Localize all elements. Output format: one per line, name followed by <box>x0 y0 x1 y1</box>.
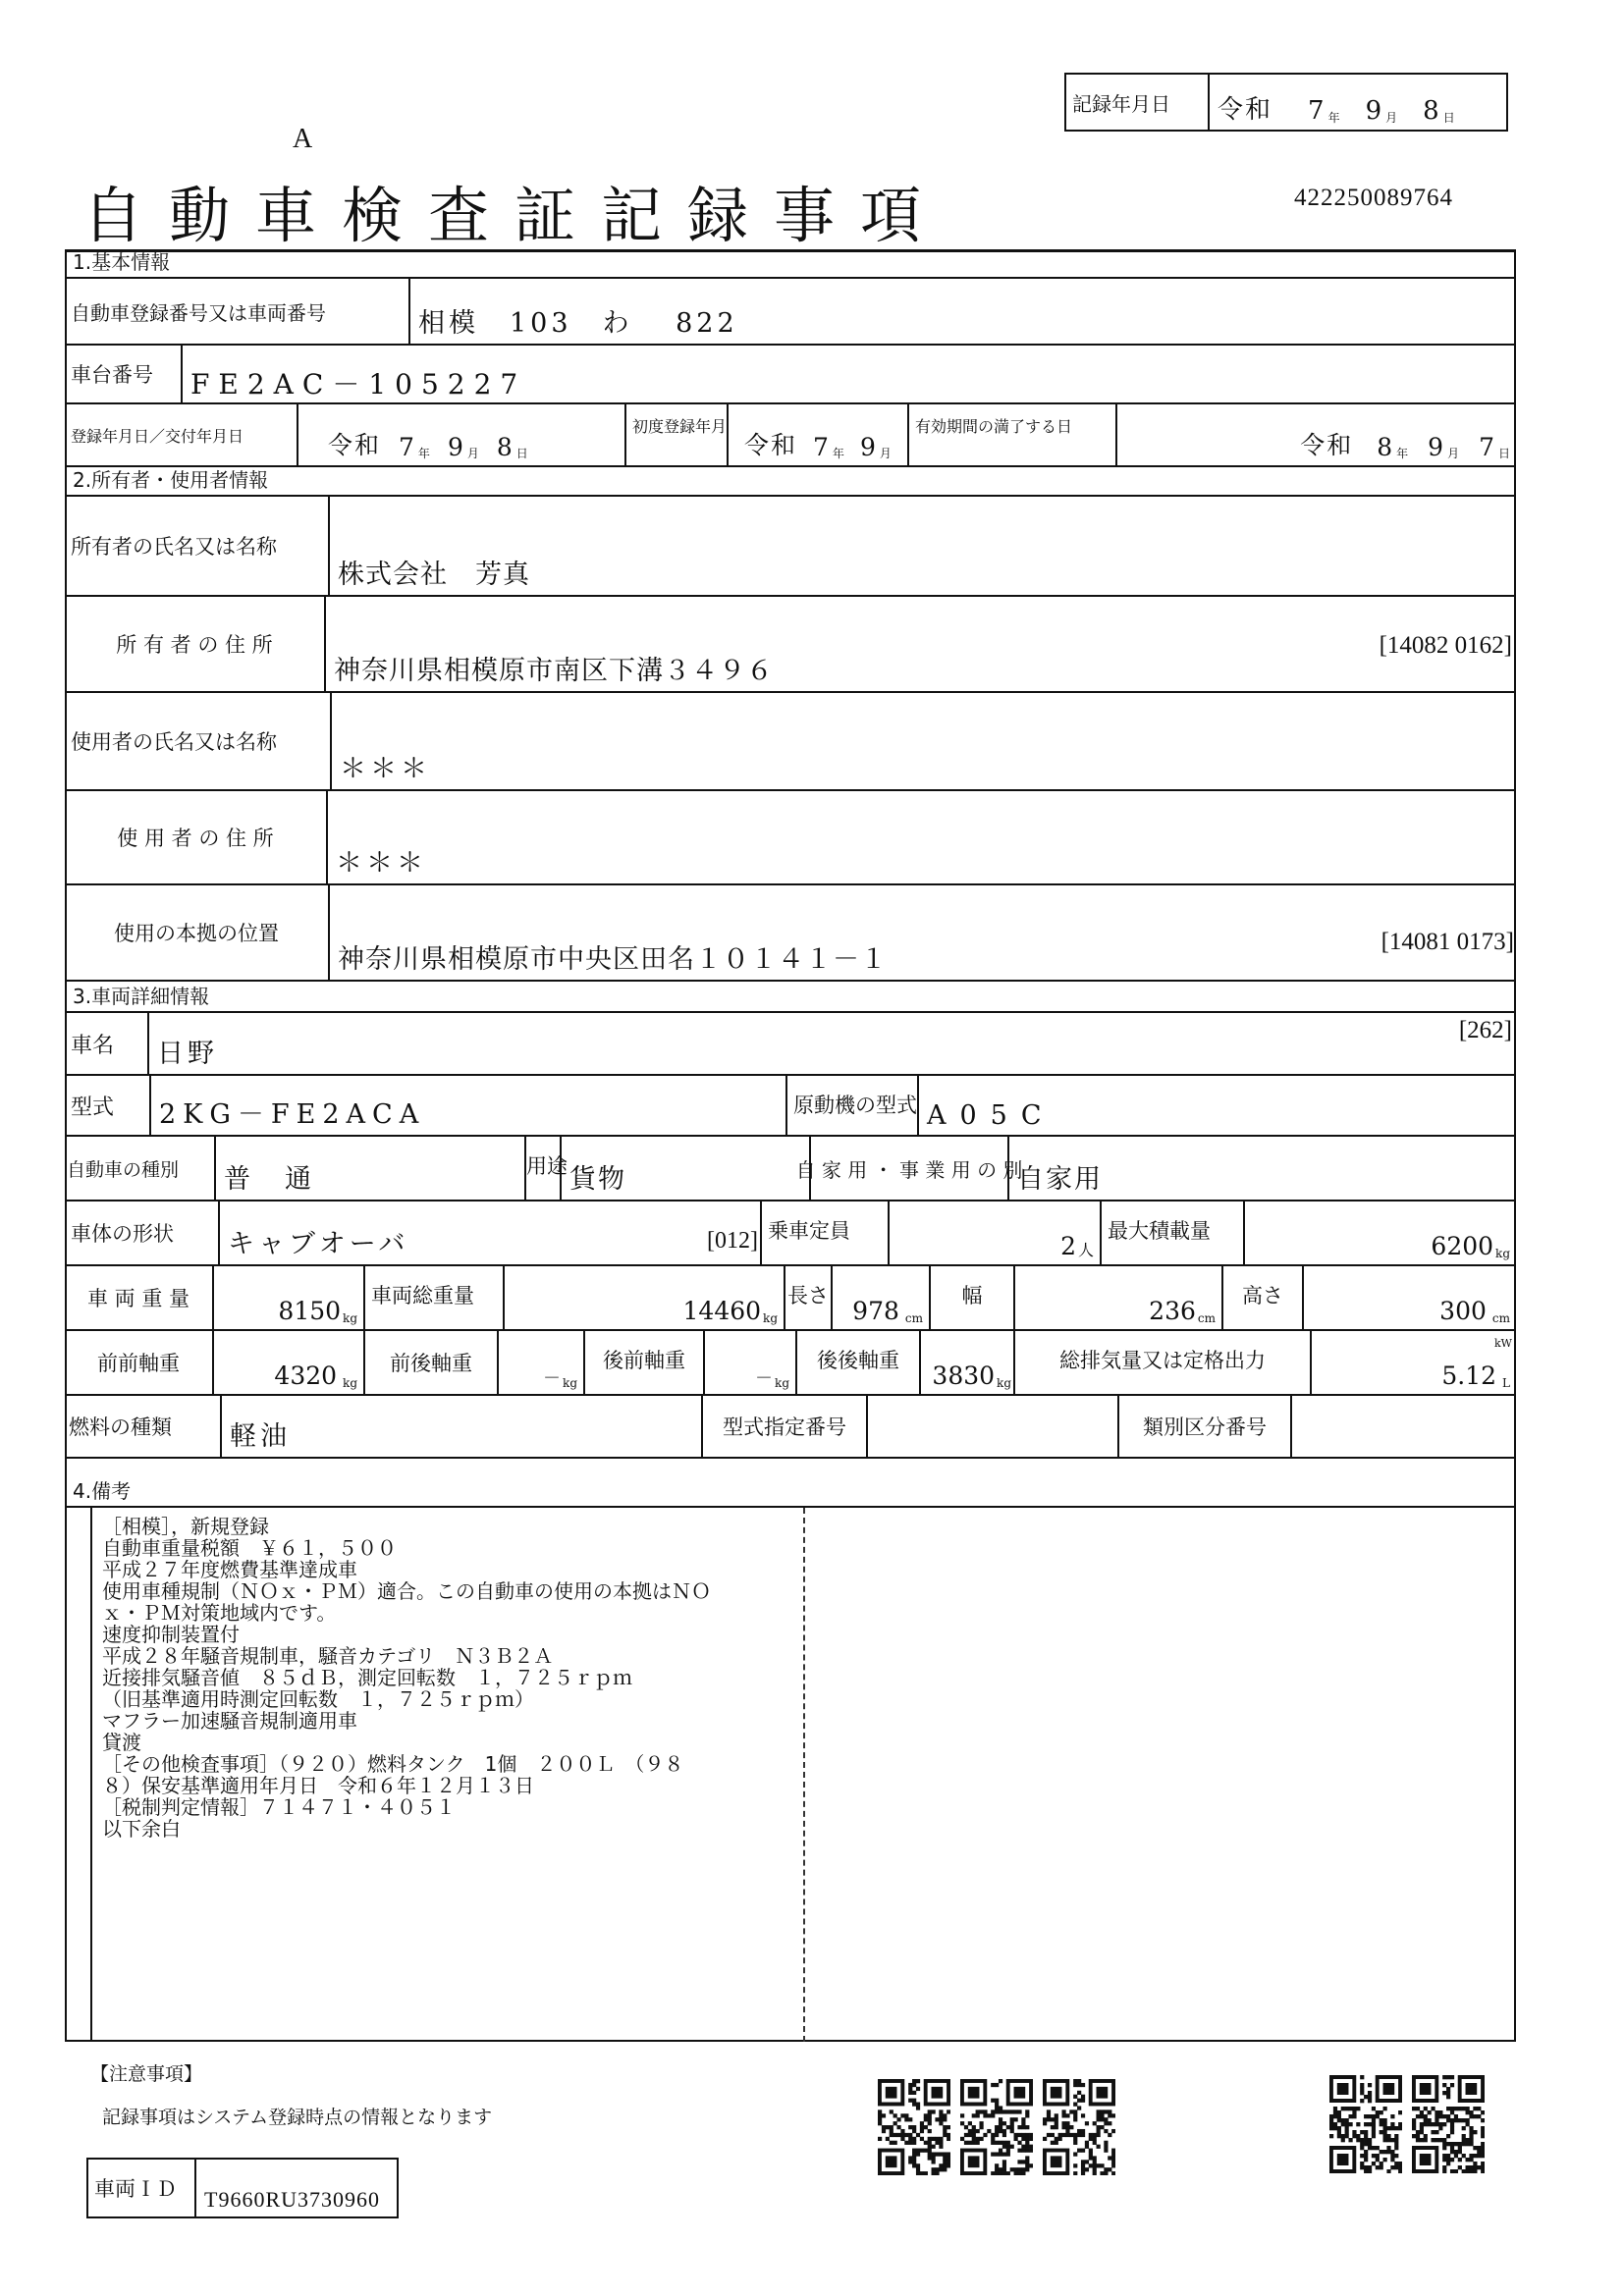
qr-code-3-icon <box>1043 2079 1115 2175</box>
remarks-line: ［その他検査事項］（９２０）燃料タンク 1個 ２００Ｌ （９８ <box>102 1753 793 1775</box>
user-address-value: ＊＊＊ <box>328 791 1516 883</box>
owner-address-row: 所 有 者 の 住 所 神奈川県相模原市南区下溝３４９６ [14082 0162… <box>65 597 1516 693</box>
first-registration-label: 初度登録年月 <box>626 404 729 465</box>
engine-model-label: 原動機の型式 <box>787 1076 919 1135</box>
remarks-line: 使用車種規制（ＮＯｘ・ＰＭ）適合。この自動車の使用の本拠はＮＯ <box>102 1580 793 1602</box>
remarks-line: 以下余白 <box>102 1818 793 1840</box>
capacity-value: 2人 <box>890 1201 1102 1264</box>
owner-name-row: 所有者の氏名又は名称 株式会社 芳真 <box>65 497 1516 597</box>
rear-rear-axle-value: 3830kg <box>921 1331 1015 1394</box>
displacement-label: 総排気量又は定格出力 <box>1015 1331 1312 1394</box>
remarks-line: 平成２７年度燃費基準達成車 <box>102 1559 793 1580</box>
axle-row: 前前軸重 4320kg 前後軸重 －kg 後前軸重 －kg 後後軸重 3830k… <box>65 1331 1516 1396</box>
registration-number-label: 自動車登録番号又は車両番号 <box>65 279 410 344</box>
make-value: 日野 <box>149 1013 1516 1074</box>
max-load-label: 最大積載量 <box>1102 1201 1245 1264</box>
qr-code-4-icon <box>1329 2075 1402 2173</box>
base-location-value: 神奈川県相模原市中央区田名１０１４１－１ <box>330 885 1516 980</box>
body-shape-label: 車体の形状 <box>65 1201 220 1264</box>
remarks-line: 平成２８年騒音規制車，騒音カテゴリ Ｎ３Ｂ２Ａ <box>102 1645 793 1667</box>
type-designation-value <box>868 1396 1119 1457</box>
max-load-value: 6200kg <box>1245 1201 1516 1264</box>
qr-group-left <box>878 2079 1202 2177</box>
remarks-text: ［相模］，新規登録自動車重量税額 ￥６１，５００平成２７年度燃費基準達成車使用車… <box>92 1508 803 1847</box>
section-1-title: 1.基本情報 <box>65 251 1516 279</box>
section-3-title: 3.車両詳細情報 <box>65 982 1516 1013</box>
vehicle-class-label: 自動車の種別 <box>65 1137 216 1200</box>
displacement-unit-kw: kW <box>1494 1337 1512 1350</box>
vehicle-id-value: T9660RU3730960 <box>196 2160 397 2216</box>
front-rear-axle-label: 前後軸重 <box>365 1331 499 1394</box>
user-address-label: 使 用 者 の 住 所 <box>65 791 328 883</box>
vehicle-weight-value: 8150kg <box>214 1266 365 1329</box>
registration-number-row: 自動車登録番号又は車両番号 相模 103 わ 822 <box>65 279 1516 346</box>
height-label: 高さ <box>1223 1266 1304 1329</box>
remarks-line: ８）保安基準適用年月日 令和６年１２月１３日 <box>102 1775 793 1796</box>
model-label: 型式 <box>65 1076 151 1135</box>
engine-model-value: A05C <box>919 1076 1516 1135</box>
record-date-box: 記録年月日 令和 7年 9月 8日 <box>1064 73 1508 132</box>
front-front-axle-value: 4320kg <box>214 1331 365 1394</box>
variant-mark: A <box>293 124 312 155</box>
qr-code-1-icon <box>878 2079 950 2175</box>
front-rear-axle-value: －kg <box>499 1331 585 1394</box>
section-4-title: 4.備考 <box>65 1459 1516 1508</box>
dates-row: 登録年月日／交付年月日 令和 7年 9月 8日 初度登録年月 令和 7年 9月 … <box>65 404 1516 467</box>
owner-address-code: [14082 0162] <box>1380 632 1512 660</box>
private-business-value: 自家用 <box>1009 1137 1516 1200</box>
remarks-line: ｘ・ＰＭ対策地域内です。 <box>102 1602 793 1624</box>
chassis-number-row: 車台番号 FE2AC－105227 <box>65 346 1516 404</box>
user-name-row: 使用者の氏名又は名称 ＊＊＊ <box>65 693 1516 791</box>
category-value <box>1292 1396 1516 1457</box>
registration-date-value: 令和 7年 9月 8日 <box>298 404 626 465</box>
user-name-label: 使用者の氏名又は名称 <box>65 693 332 789</box>
first-registration-value: 令和 7年 9月 <box>729 404 909 465</box>
vehicle-id-label: 車両ＩＤ <box>88 2160 196 2216</box>
section-2-title: 2.所有者・使用者情報 <box>65 467 1516 497</box>
make-row: 車名 日野 [262] <box>65 1013 1516 1076</box>
use-label: 用途 <box>526 1137 562 1200</box>
page-title: 自動車検査証記録事項 <box>82 167 947 254</box>
remarks-line: マフラー加速騒音規制適用車 <box>102 1710 793 1732</box>
remarks-line: ［相模］，新規登録 <box>102 1516 793 1537</box>
make-code: [262] <box>1459 1017 1512 1044</box>
expiry-label: 有効期間の満了する日 <box>909 404 1117 465</box>
expiry-value: 令和 8年 9月 7日 <box>1117 404 1516 465</box>
document-number: 422250089764 <box>1294 185 1453 212</box>
vehicle-id-box: 車両ＩＤ T9660RU3730960 <box>86 2158 399 2218</box>
capacity-label: 乗車定員 <box>762 1201 890 1264</box>
base-location-row: 使用の本拠の位置 神奈川県相模原市中央区田名１０１４１－１ [14081 017… <box>65 885 1516 982</box>
rear-front-axle-value: －kg <box>705 1331 797 1394</box>
weight-dimension-row: 車 両 重 量 8150kg 車両総重量 14460kg 長さ 978cm 幅 … <box>65 1266 1516 1331</box>
fuel-row: 燃料の種類 軽油 型式指定番号 類別区分番号 <box>65 1396 1516 1459</box>
private-business-label: 自 家 用 ・ 事 業 用 の 別 <box>811 1137 1009 1200</box>
base-location-label: 使用の本拠の位置 <box>65 885 330 980</box>
use-value: 貨物 <box>562 1137 811 1200</box>
width-label: 幅 <box>931 1266 1015 1329</box>
model-row: 型式 2KG－FE2ACA 原動機の型式 A05C <box>65 1076 1516 1137</box>
user-address-row: 使 用 者 の 住 所 ＊＊＊ <box>65 791 1516 885</box>
remarks-line: ［税制判定情報］７１４７１・４０５１ <box>102 1796 793 1818</box>
class-use-row: 自動車の種別 普 通 用途 貨物 自 家 用 ・ 事 業 用 の 別 自家用 <box>65 1137 1516 1201</box>
chassis-number-value: FE2AC－105227 <box>183 346 1516 402</box>
gross-weight-label: 車両総重量 <box>365 1266 505 1329</box>
body-row: 車体の形状 キャブオーバ [012] 乗車定員 2人 最大積載量 6200kg <box>65 1201 1516 1266</box>
remarks-line: 速度抑制装置付 <box>102 1624 793 1645</box>
gross-weight-value: 14460kg <box>505 1266 785 1329</box>
owner-address-value: 神奈川県相模原市南区下溝３４９６ <box>326 597 1516 691</box>
registration-number-value: 相模 103 わ 822 <box>410 279 1516 344</box>
length-label: 長さ <box>785 1266 833 1329</box>
remarks-line: 近接排気騒音値 ８５ｄＢ，測定回転数 １，７２５ｒｐｍ <box>102 1667 793 1688</box>
rear-front-axle-label: 後前軸重 <box>585 1331 705 1394</box>
base-location-code: [14081 0173] <box>1381 929 1514 956</box>
front-front-axle-label: 前前軸重 <box>65 1331 214 1394</box>
model-value: 2KG－FE2ACA <box>151 1076 787 1135</box>
qr-code-2-icon <box>960 2079 1033 2175</box>
make-label: 車名 <box>65 1013 149 1074</box>
fuel-label: 燃料の種類 <box>65 1396 222 1457</box>
remarks-line: 貸渡 <box>102 1732 793 1753</box>
body-shape-value: キャブオーバ [012] <box>220 1201 762 1264</box>
remarks-line: （旧基準適用時測定回転数 １，７２５ｒｐｍ） <box>102 1688 793 1710</box>
category-label: 類別区分番号 <box>1119 1396 1292 1457</box>
remarks-left-column: ［相模］，新規登録自動車重量税額 ￥６１，５００平成２７年度燃費基準達成車使用車… <box>90 1508 805 2042</box>
qr-group-right <box>1212 2075 1536 2173</box>
owner-name-label: 所有者の氏名又は名称 <box>65 497 330 595</box>
type-designation-label: 型式指定番号 <box>703 1396 868 1457</box>
owner-name-value: 株式会社 芳真 <box>330 497 1516 595</box>
width-value: 236cm <box>1015 1266 1223 1329</box>
remarks-line: 自動車重量税額 ￥６１，５００ <box>102 1537 793 1559</box>
fuel-value: 軽油 <box>222 1396 703 1457</box>
rear-rear-axle-label: 後後軸重 <box>797 1331 921 1394</box>
length-value: 978cm <box>833 1266 931 1329</box>
vehicle-weight-label: 車 両 重 量 <box>65 1266 214 1329</box>
displacement-value: kW 5.12L <box>1312 1331 1516 1394</box>
body-shape-code: [012] <box>707 1228 760 1260</box>
chassis-number-label: 車台番号 <box>65 346 183 402</box>
record-date-label: 記録年月日 <box>1066 75 1210 130</box>
caution-title: 【注意事項】 <box>90 2059 202 2086</box>
caution-text: 記録事項はシステム登録時点の情報となります <box>102 2103 492 2129</box>
user-name-value: ＊＊＊ <box>332 693 1516 789</box>
height-value: 300cm <box>1304 1266 1516 1329</box>
record-date-value: 令和 7年 9月 8日 <box>1210 75 1506 130</box>
vehicle-class-value: 普 通 <box>216 1137 526 1200</box>
owner-address-label: 所 有 者 の 住 所 <box>65 597 326 691</box>
qr-code-5-icon <box>1412 2075 1485 2173</box>
registration-date-label: 登録年月日／交付年月日 <box>65 404 298 465</box>
